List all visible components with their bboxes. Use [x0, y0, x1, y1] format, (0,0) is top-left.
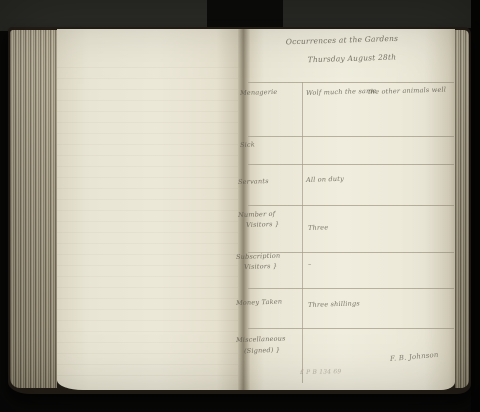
- row-label: Sick: [240, 141, 255, 149]
- table-rule: [248, 288, 454, 289]
- left-page-ruling: [57, 57, 238, 380]
- left-page-edges: [10, 30, 57, 388]
- table-rule: [248, 328, 454, 329]
- copy-stand-band-right: [281, 0, 472, 28]
- row-entry: –: [308, 260, 312, 268]
- table-column-divider: [302, 82, 303, 383]
- row-entry: Three shillings: [308, 299, 360, 309]
- row-label: Number of: [238, 210, 276, 219]
- pencil-note: £ P B 134 69: [300, 368, 342, 376]
- row-label: (Signed) }: [244, 346, 280, 355]
- table-rule: [248, 136, 454, 137]
- row-entry: All on duty: [306, 175, 344, 184]
- background-strip-right: [471, 0, 480, 412]
- row-entry: Three: [308, 223, 329, 232]
- row-label: Visitors }: [244, 262, 277, 271]
- right-page-edges: [455, 30, 469, 388]
- left-blank-page: [57, 29, 238, 390]
- row-label: Visitors }: [246, 220, 279, 229]
- table-rule: [248, 164, 454, 165]
- ledger-book: Occurrences at the Gardens Thursday Augu…: [8, 27, 471, 394]
- photo-background: Occurrences at the Gardens Thursday Augu…: [0, 0, 480, 412]
- row-label: Menagerie: [240, 88, 278, 97]
- table-rule: [248, 205, 454, 206]
- table-rule: [248, 82, 454, 83]
- row-label: Miscellaneous: [236, 334, 286, 344]
- row-label: Servants: [238, 177, 269, 186]
- row-label: Subscription: [236, 252, 281, 261]
- row-label: Money Taken: [236, 298, 282, 307]
